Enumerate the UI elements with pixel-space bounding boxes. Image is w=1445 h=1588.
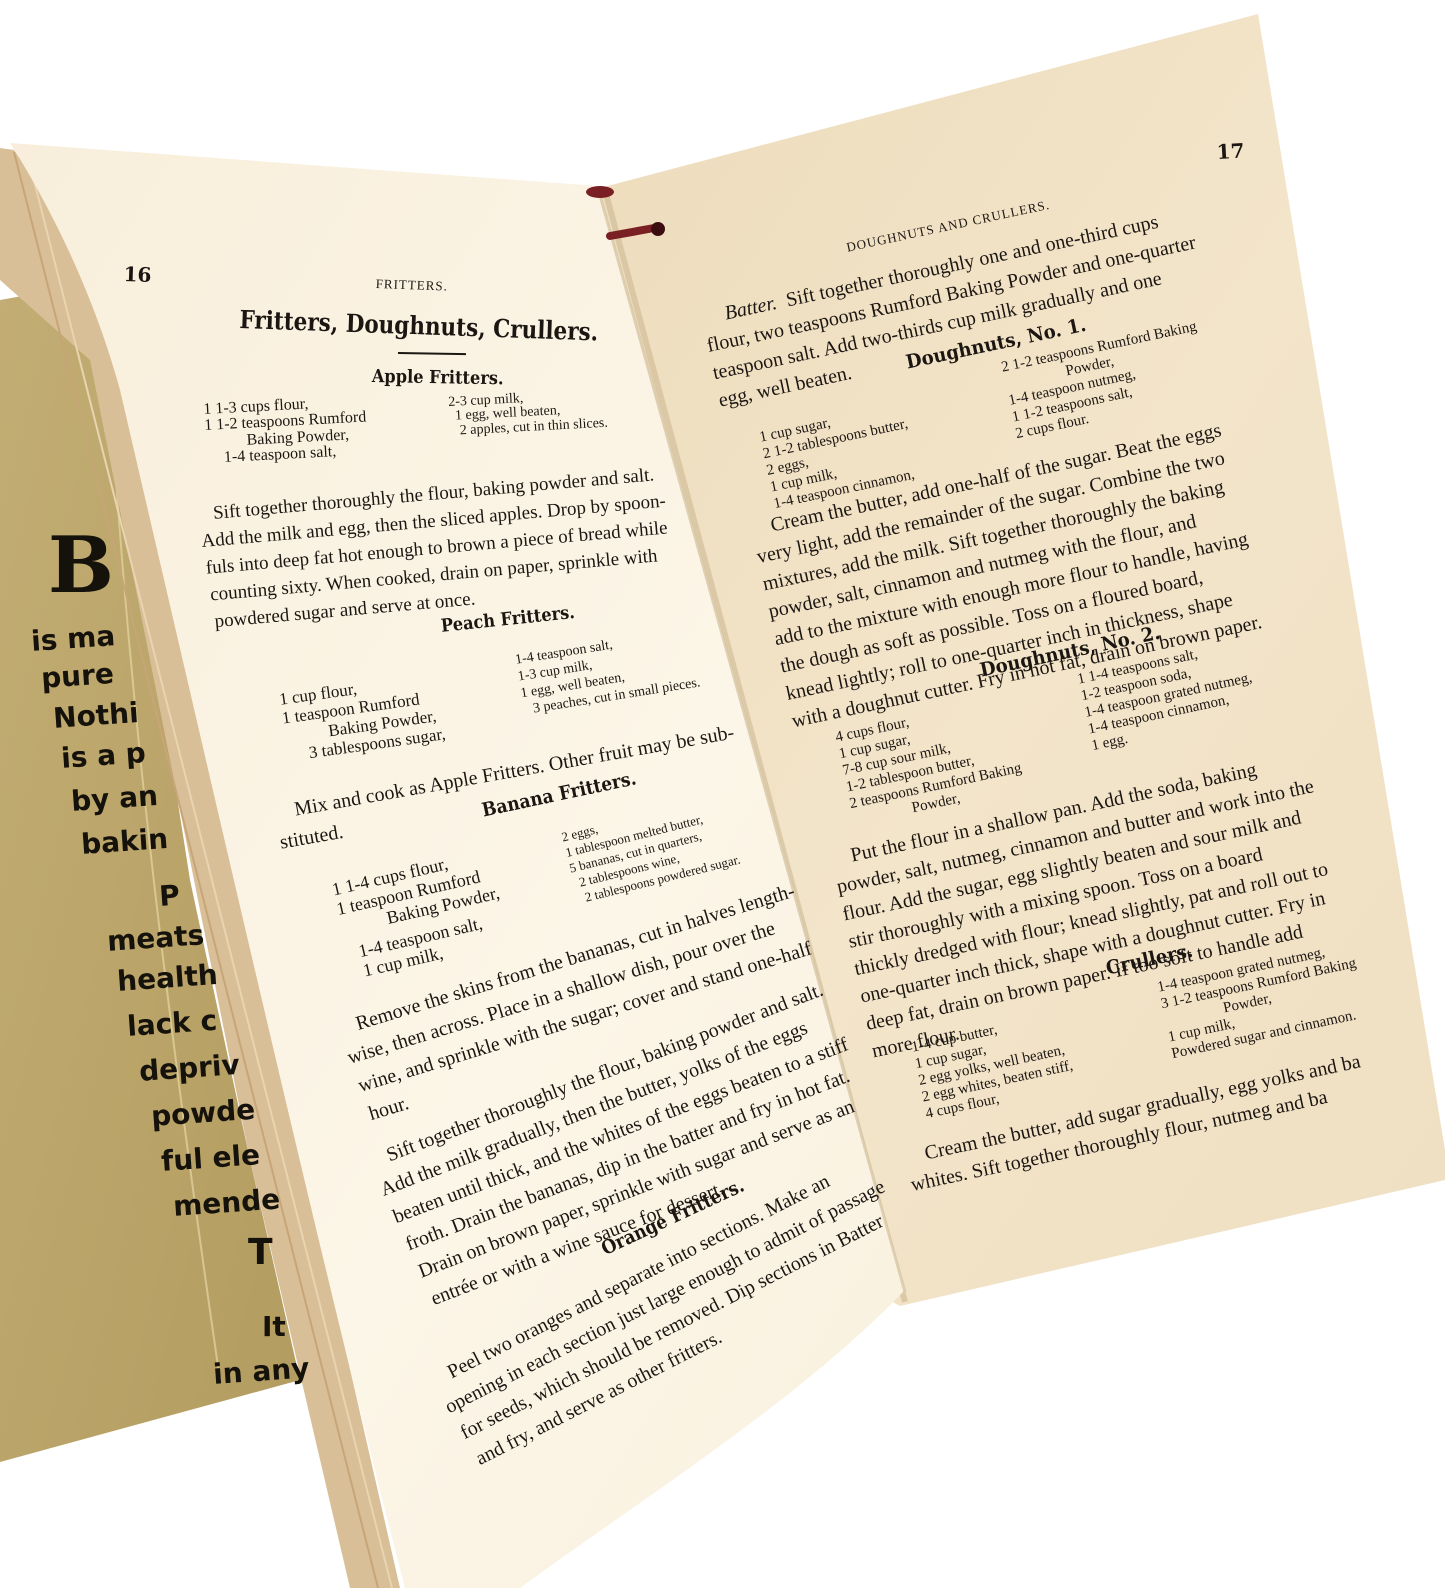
- cover-fragment: is ma: [30, 619, 116, 658]
- cover-fragment: T: [248, 1232, 273, 1273]
- running-head-left: FRITTERS.: [375, 276, 448, 295]
- cover-fragment: is a p: [60, 736, 147, 775]
- cover-fragment: health: [116, 958, 219, 998]
- cover-fragment: It: [262, 1310, 286, 1343]
- cover-fragment: pure: [40, 657, 115, 695]
- cover-fragment: P: [158, 879, 181, 913]
- cover-fragment: meats: [106, 918, 205, 958]
- apple-ingredients-right: 2-3 cup milk, 1 egg, well beaten, 2 appl…: [448, 388, 608, 439]
- page-number-right: 17: [1216, 139, 1245, 164]
- apple-ingredients-left: 1 1-3 cups flour, 1 1-2 teaspoons Rumfor…: [203, 394, 368, 468]
- recipe-title-apple-fritters: Apple Fritters.: [372, 366, 504, 389]
- binding-thread-top: [586, 186, 614, 198]
- cover-fragment: lack c: [126, 1004, 218, 1043]
- cover-fragment: depriv: [138, 1048, 241, 1088]
- cover-initial: B: [48, 520, 114, 611]
- cover-fragment: Nothi: [52, 696, 140, 735]
- cover-fragment: bakin: [80, 822, 169, 861]
- cover-fragment: ful ele: [160, 1138, 261, 1178]
- cover-fragment: in any: [212, 1351, 310, 1391]
- page-number-left: 16: [123, 262, 152, 287]
- cover-fragment: by an: [70, 779, 159, 818]
